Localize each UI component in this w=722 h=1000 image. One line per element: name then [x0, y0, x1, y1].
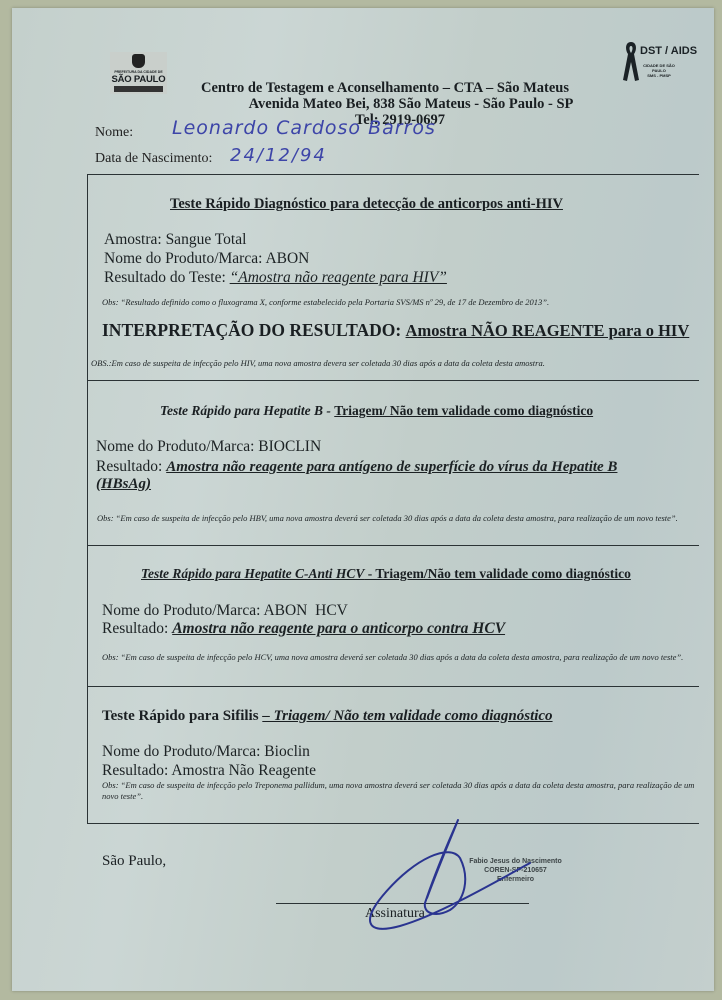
- dst-aids-subtitle-1: CIDADE DE SÃO PAULO: [642, 63, 676, 73]
- hepatitis-c-section-title: Teste Rápido para Hepatite C-Anti HCV - …: [141, 566, 631, 582]
- hepatitis-c-obs: Obs: “Em caso de suspeita de infecção pe…: [102, 652, 712, 663]
- dst-aids-logo: DST / AIDS CIDADE DE SÃO PAULO SMS - PMS…: [620, 40, 710, 90]
- hiv-interpretation-obs: OBS.:Em caso de suspeita de infecção pel…: [91, 358, 706, 369]
- hepatitis-c-product-label: Nome do Produto/Marca:: [102, 602, 260, 619]
- section-divider: [87, 686, 699, 687]
- syphilis-result-value: Amostra Não Reagente: [171, 762, 316, 779]
- syphilis-product-label: Nome do Produto/Marca:: [102, 743, 260, 760]
- interpretation-value: Amostra NÃO REAGENTE para o HIV: [406, 321, 690, 340]
- hiv-sample-line: Amostra: Sangue Total: [104, 231, 246, 249]
- hepatitis-b-result-label: Resultado:: [96, 458, 162, 475]
- syphilis-result-label: Resultado:: [102, 762, 168, 779]
- dob-label: Data de Nascimento:: [95, 151, 212, 167]
- hepatitis-b-obs: Obs: “Em caso de suspeita de infecção pe…: [97, 513, 712, 524]
- city-crest-icon: [132, 54, 145, 68]
- syphilis-product-line: Nome do Produto/Marca: Bioclin: [102, 743, 310, 761]
- hepatitis-c-title-main: Teste Rápido para Hepatite C-Anti HCV: [141, 566, 364, 581]
- patient-name-handwritten: Leonardo Cardoso Barros: [172, 117, 436, 139]
- hiv-obs: Obs: “Resultado definido como o fluxogra…: [102, 297, 717, 308]
- name-label: Nome:: [95, 125, 133, 141]
- syphilis-title-disclaimer: – Triagem/ Não tem validade como diagnós…: [262, 708, 552, 724]
- syphilis-obs: Obs: “Em caso de suspeita de infecção pe…: [102, 780, 712, 801]
- hepatitis-c-product-value: ABON HCV: [263, 602, 347, 619]
- dst-aids-title: DST / AIDS: [640, 45, 697, 57]
- hepatitis-b-result-line: Resultado: Amostra não reagente para ant…: [96, 458, 716, 476]
- section-divider: [87, 380, 699, 381]
- dst-aids-subtitle: CIDADE DE SÃO PAULO SMS - PMSP: [642, 63, 676, 78]
- hepatitis-b-result-value: Amostra não reagente para antígeno de su…: [166, 459, 617, 475]
- hepatitis-b-product-value: BIOCLIN: [258, 438, 321, 455]
- hepatitis-b-product-line: Nome do Produto/Marca: BIOCLIN: [96, 438, 321, 456]
- syphilis-section-title: Teste Rápido para Sifilis – Triagem/ Não…: [102, 708, 553, 725]
- hepatitis-c-title-disclaimer: - Triagem/Não tem validade como diagnóst…: [364, 566, 630, 581]
- syphilis-title-main: Teste Rápido para Sifilis: [102, 708, 262, 724]
- hepatitis-c-result-value: Amostra não reagente para o anticorpo co…: [172, 620, 505, 637]
- hiv-product-label: Nome do Produto/Marca:: [104, 250, 262, 267]
- hiv-product-value: ABON: [265, 250, 309, 267]
- city-logo-bar: [114, 86, 163, 92]
- hiv-product-line: Nome do Produto/Marca: ABON: [104, 250, 309, 268]
- city-logo-big-text: SÃO PAULO: [110, 74, 167, 85]
- center-name: Centro de Testagem e Aconselhamento – CT…: [190, 80, 580, 97]
- hiv-sample-label: Amostra:: [104, 231, 162, 248]
- hepatitis-b-title-disclaimer: Triagem/ Não tem validade como diagnósti…: [334, 403, 593, 418]
- interpretation-label: INTERPRETAÇÃO DO RESULTADO:: [102, 320, 401, 340]
- hepatitis-b-section-title: Teste Rápido para Hepatite B - Triagem/ …: [160, 403, 593, 419]
- place-label: São Paulo,: [102, 853, 166, 870]
- hepatitis-c-result-label: Resultado:: [102, 620, 168, 637]
- hepatitis-b-result-value-cont: (HBsAg): [96, 476, 151, 493]
- hepatitis-c-result-line: Resultado: Amostra não reagente para o a…: [102, 620, 505, 638]
- hiv-section-title: Teste Rápido Diagnóstico para detecção d…: [170, 196, 563, 213]
- center-address: Avenida Mateo Bei, 838 São Mateus - São …: [226, 96, 596, 113]
- dst-aids-subtitle-2: SMS - PMSP: [642, 73, 676, 78]
- sao-paulo-city-logo: PREFEITURA DA CIDADE DE SÃO PAULO: [110, 52, 167, 94]
- hiv-result-line: Resultado do Teste: “Amostra não reagent…: [104, 269, 447, 287]
- syphilis-product-value: Bioclin: [264, 743, 310, 760]
- hiv-result-label: Resultado do Teste:: [104, 269, 226, 286]
- hepatitis-c-product-line: Nome do Produto/Marca: ABON HCV: [102, 602, 348, 620]
- patient-dob-handwritten: 24/12/94: [230, 145, 327, 166]
- hepatitis-b-title-main: Teste Rápido para Hepatite B -: [160, 403, 334, 418]
- hiv-result-value: “Amostra não reagente para HIV”: [230, 269, 447, 286]
- handwritten-signature: [355, 818, 565, 938]
- hepatitis-b-product-label: Nome do Produto/Marca:: [96, 438, 254, 455]
- hiv-interpretation: INTERPRETAÇÃO DO RESULTADO: Amostra NÃO …: [102, 320, 689, 341]
- hiv-sample-value: Sangue Total: [166, 231, 247, 248]
- syphilis-result-line: Resultado: Amostra Não Reagente: [102, 762, 316, 780]
- awareness-ribbon-icon: [622, 40, 640, 82]
- section-divider: [87, 545, 699, 546]
